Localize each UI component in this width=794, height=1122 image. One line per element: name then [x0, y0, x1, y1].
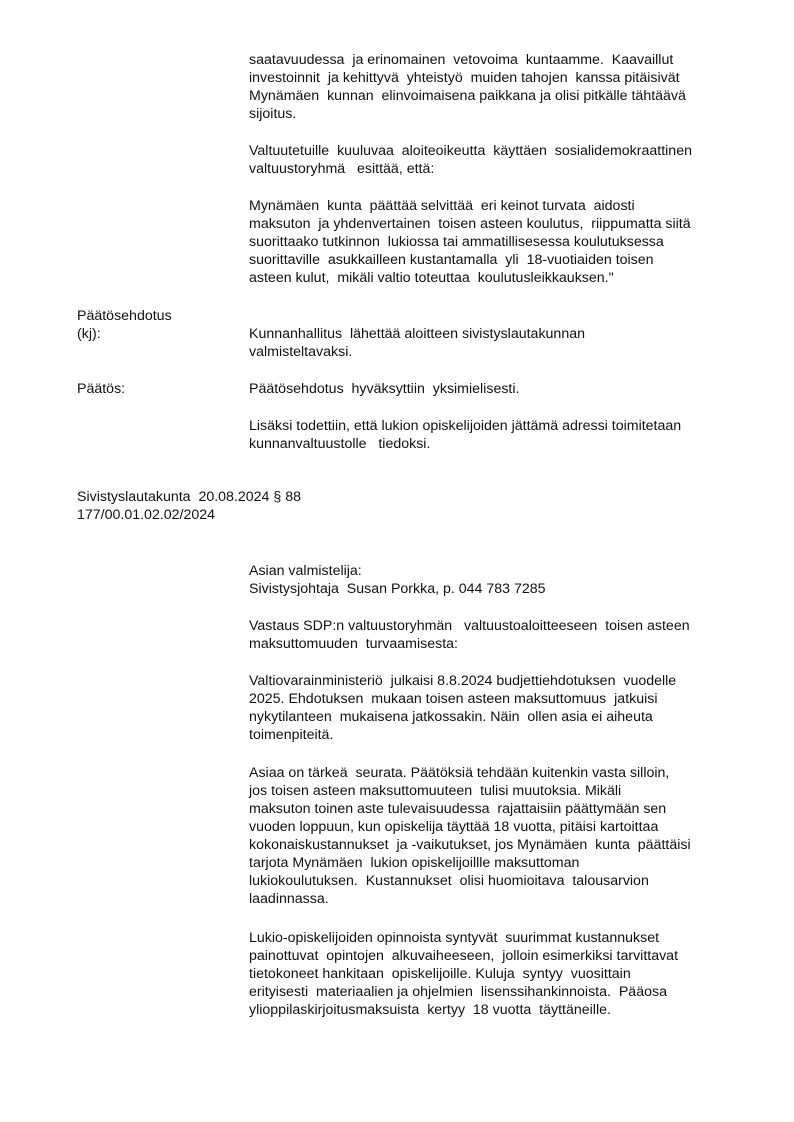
- text-line: kokonaiskustannukset ja -vaikutukset, jo…: [249, 836, 691, 854]
- text-line: valmisteltavaksi.: [249, 343, 352, 361]
- text-line: sijoitus.: [249, 105, 296, 123]
- text-line: laadinnassa.: [249, 890, 329, 908]
- text-line: nykytilanteen mukaisena jatkossakin. Näi…: [249, 708, 653, 726]
- text-line: kunnanvaltuustolle tiedoksi.: [249, 435, 430, 453]
- text-line: toimenpiteitä.: [249, 726, 333, 744]
- text-line: 2025. Ehdotuksen mukaan toisen asteen ma…: [249, 690, 658, 708]
- preparer-name: Sivistysjohtaja Susan Porkka, p. 044 783…: [249, 580, 546, 598]
- text-line: investoinnit ja kehittyvä yhteistyö muid…: [249, 69, 680, 87]
- text-line: Päätösehdotus hyväksyttiin yksimielisest…: [249, 380, 519, 398]
- record-number: 177/00.01.02.02/2024: [77, 506, 215, 524]
- decision-label: Päätös:: [77, 380, 125, 398]
- text-line: Vastaus SDP:n valtuustoryhmän valtuustoa…: [249, 617, 690, 635]
- preparer-label: Asian valmistelija:: [249, 562, 362, 580]
- text-line: valtuustoryhmä esittää, että:: [249, 160, 434, 178]
- document-page: saatavuudessa ja erinomainen vetovoima k…: [0, 0, 794, 1122]
- text-line: Kunnanhallitus lähettää aloitteen sivist…: [249, 325, 585, 343]
- text-line: Lisäksi todettiin, että lukion opiskelij…: [249, 417, 681, 435]
- text-line: asteen kulut, mikäli valtio toteuttaa ko…: [249, 269, 614, 287]
- text-line: suorittaville asukkailleen kustantamalla…: [249, 251, 654, 269]
- text-line: lukiokoulutuksen. Kustannukset olisi huo…: [249, 872, 649, 890]
- text-line: Valtuutetuille kuuluvaa aloiteoikeutta k…: [249, 142, 692, 160]
- text-line: ylioppilaskirjoitusmaksuista kertyy 18 v…: [249, 1001, 611, 1019]
- text-line: jos toisen asteen maksuttomuuteen tulisi…: [249, 782, 621, 800]
- text-line: vuoden loppuun, kun opiskelija täyttää 1…: [249, 818, 658, 836]
- text-line: maksuton toinen aste tulevaisuudessa raj…: [249, 800, 666, 818]
- text-line: Mynämäen kunnan elinvoimaisena paikkana …: [249, 87, 686, 105]
- text-line: maksuttomuuden turvaamisesta:: [249, 635, 458, 653]
- section-title: Sivistyslautakunta 20.08.2024 § 88: [77, 488, 301, 506]
- text-line: saatavuudessa ja erinomainen vetovoima k…: [249, 51, 673, 69]
- label-line: Päätösehdotus: [77, 307, 172, 325]
- text-line: Mynämäen kunta päättää selvittää eri kei…: [249, 197, 635, 215]
- text-line: erityisesti materiaalien ja ohjelmien li…: [249, 983, 667, 1001]
- text-line: Valtiovarainministeriö julkaisi 8.8.2024…: [249, 672, 676, 690]
- text-line: tietokoneet hankitaan opiskelijoille. Ku…: [249, 965, 631, 983]
- text-line: Asiaa on tärkeä seurata. Päätöksiä tehdä…: [249, 764, 669, 782]
- text-line: Lukio-opiskelijoiden opinnoista syntyvät…: [249, 929, 659, 947]
- text-line: tarjota Mynämäen lukion opiskelijoillle …: [249, 854, 579, 872]
- label-line: (kj):: [77, 325, 101, 343]
- text-line: suorittaako tutkinnon lukiossa tai ammat…: [249, 233, 664, 251]
- text-line: maksuton ja yhdenvertainen toisen asteen…: [249, 215, 691, 233]
- text-line: painottuvat opintojen alkuvaiheeseen, jo…: [249, 947, 678, 965]
